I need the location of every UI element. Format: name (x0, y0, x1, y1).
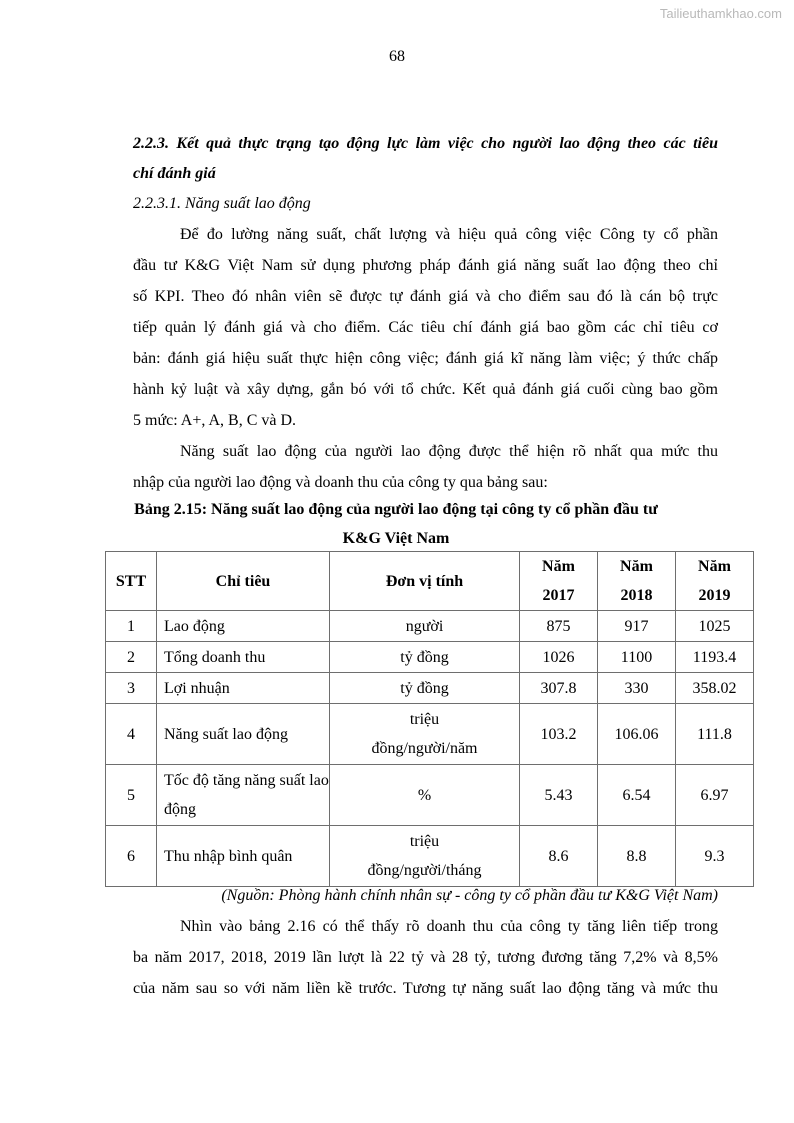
year-value: 2017 (543, 587, 575, 604)
table-header-row: STT Chỉ tiêu Đơn vị tính Năm2017 Năm2018… (106, 552, 754, 611)
subsection-heading: 2.2.3.1. Năng suất lao động (133, 194, 718, 214)
cell-value: 307.8 (520, 673, 598, 704)
cell-unit: tỷ đồng (330, 642, 520, 673)
cell-value: 917 (598, 611, 676, 642)
cell-indicator: Tổng doanh thu (157, 642, 330, 673)
cell-value: 9.3 (676, 826, 754, 887)
header-year-2017: Năm2017 (520, 552, 598, 611)
header-year-2019: Năm2019 (676, 552, 754, 611)
cell-indicator: Tốc độ tăng năng suất laođộng (157, 765, 330, 826)
cell-value: 358.02 (676, 673, 754, 704)
cell-unit: tỷ đồng (330, 673, 520, 704)
watermark: Tailieuthamkhao.com (660, 6, 782, 21)
paragraph-line: Để đo lường năng suất, chất lượng và hiệ… (133, 225, 718, 245)
table-caption-line-1: Bảng 2.15: Năng suất lao động của người … (0, 500, 794, 520)
cell-indicator: Năng suất lao động (157, 704, 330, 765)
section-heading-line-1: 2.2.3. Kết quả thực trạng tạo động lực l… (133, 134, 718, 154)
cell-value: 1025 (676, 611, 754, 642)
cell-unit: % (330, 765, 520, 826)
paragraph-line: nhập của người lao động và doanh thu của… (133, 473, 718, 493)
header-stt: STT (106, 552, 157, 611)
indicator-line-1: Tốc độ tăng năng suất lao (164, 772, 329, 789)
cell-indicator: Thu nhập bình quân (157, 826, 330, 887)
paragraph-line: hành kỷ luật và xây dựng, gắn bó với tổ … (133, 380, 718, 400)
cell-stt: 1 (106, 611, 157, 642)
table-row: 1 Lao động người 875 917 1025 (106, 611, 754, 642)
page-number: 68 (0, 48, 794, 66)
unit-line-2: đồng/người/tháng (367, 862, 481, 879)
table-caption-line-2: K&G Việt Nam (0, 529, 794, 549)
unit-line-1: triệu (410, 711, 439, 728)
table-source-note: (Nguồn: Phòng hành chính nhân sự - công … (133, 886, 718, 906)
year-value: 2018 (621, 587, 653, 604)
table-row: 5 Tốc độ tăng năng suất laođộng % 5.43 6… (106, 765, 754, 826)
section-heading-line-2: chí đánh giá (133, 164, 718, 184)
year-value: 2019 (699, 587, 731, 604)
cell-value: 875 (520, 611, 598, 642)
table-row: 6 Thu nhập bình quân triệuđồng/người/thá… (106, 826, 754, 887)
cell-value: 106.06 (598, 704, 676, 765)
cell-unit: triệuđồng/người/tháng (330, 826, 520, 887)
table-row: 4 Năng suất lao động triệuđồng/người/năm… (106, 704, 754, 765)
cell-indicator: Lợi nhuận (157, 673, 330, 704)
paragraph-line: đầu tư K&G Việt Nam sử dụng phương pháp … (133, 256, 718, 276)
year-prefix: Năm (698, 558, 731, 575)
cell-value: 1026 (520, 642, 598, 673)
paragraph-line: số KPI. Theo đó nhân viên sẽ được tự đán… (133, 287, 718, 307)
cell-stt: 5 (106, 765, 157, 826)
paragraph-line: Nhìn vào bảng 2.16 có thể thấy rõ doanh … (133, 917, 718, 937)
table-row: 3 Lợi nhuận tỷ đồng 307.8 330 358.02 (106, 673, 754, 704)
cell-value: 1193.4 (676, 642, 754, 673)
paragraph-line: Năng suất lao động của người lao động đư… (133, 442, 718, 462)
year-prefix: Năm (542, 558, 575, 575)
year-prefix: Năm (620, 558, 653, 575)
indicator-line-2: động (164, 801, 196, 818)
cell-stt: 6 (106, 826, 157, 887)
cell-unit: người (330, 611, 520, 642)
paragraph-line: 5 mức: A+, A, B, C và D. (133, 411, 718, 431)
header-unit: Đơn vị tính (330, 552, 520, 611)
paragraph-line: bản: đánh giá hiệu suất thực hiện công v… (133, 349, 718, 369)
paragraph-line: của năm sau so với năm liền kề trước. Tư… (133, 979, 718, 999)
header-indicator: Chỉ tiêu (157, 552, 330, 611)
cell-value: 1100 (598, 642, 676, 673)
paragraph-line: tiếp quản lý đánh giá và cho điểm. Các t… (133, 318, 718, 338)
cell-value: 5.43 (520, 765, 598, 826)
cell-value: 8.8 (598, 826, 676, 887)
cell-value: 103.2 (520, 704, 598, 765)
cell-stt: 2 (106, 642, 157, 673)
cell-value: 8.6 (520, 826, 598, 887)
cell-value: 6.54 (598, 765, 676, 826)
unit-line-1: triệu (410, 833, 439, 850)
cell-stt: 4 (106, 704, 157, 765)
productivity-table: STT Chỉ tiêu Đơn vị tính Năm2017 Năm2018… (105, 551, 754, 887)
paragraph-line: ba năm 2017, 2018, 2019 lần lượt là 22 t… (133, 948, 718, 968)
cell-value: 330 (598, 673, 676, 704)
cell-unit: triệuđồng/người/năm (330, 704, 520, 765)
cell-value: 6.97 (676, 765, 754, 826)
unit-line-2: đồng/người/năm (371, 740, 477, 757)
cell-stt: 3 (106, 673, 157, 704)
cell-indicator: Lao động (157, 611, 330, 642)
cell-value: 111.8 (676, 704, 754, 765)
table-row: 2 Tổng doanh thu tỷ đồng 1026 1100 1193.… (106, 642, 754, 673)
header-year-2018: Năm2018 (598, 552, 676, 611)
